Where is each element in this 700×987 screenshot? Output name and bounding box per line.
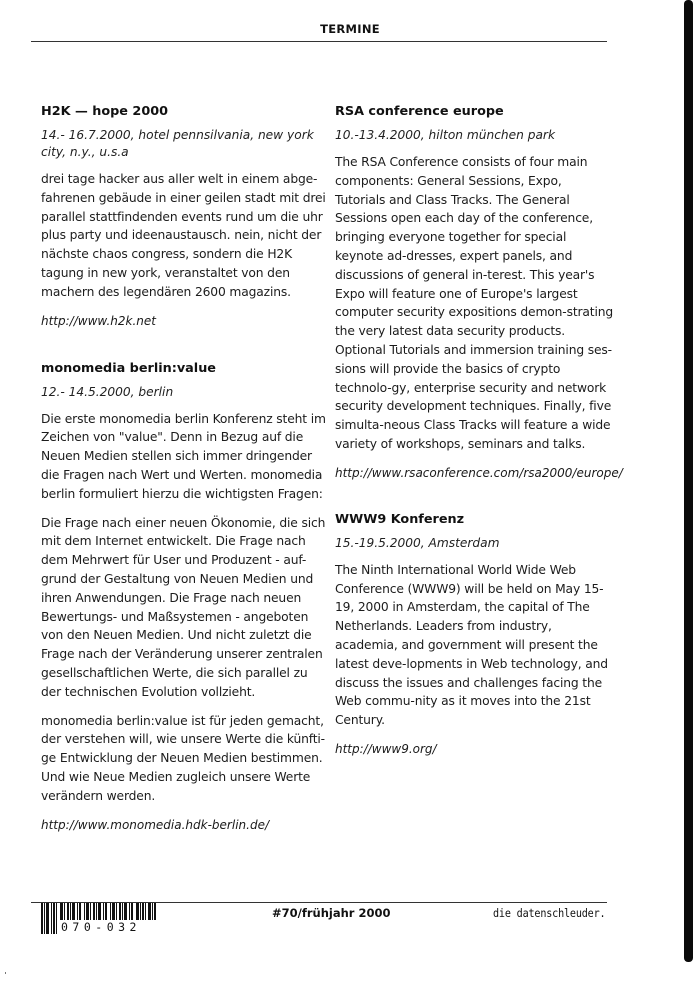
- barcode-number: 070-032: [58, 920, 173, 934]
- article-date: 15.-19.5.2000, Amsterdam: [335, 535, 615, 552]
- scan-edge-bar: [684, 0, 693, 962]
- article-body: The Ninth International World Wide Web C…: [335, 561, 615, 730]
- header-rule: [31, 41, 607, 42]
- article-link[interactable]: http://www.rsaconference.com/rsa2000/eur…: [335, 464, 615, 482]
- article-body: The RSA Conference consists of four main…: [335, 153, 615, 454]
- article-body: Die erste monomedia berlin Konferenz ste…: [41, 410, 326, 806]
- article-title: WWW9 Konferenz: [335, 511, 615, 529]
- section-title: TERMINE: [0, 22, 700, 36]
- left-column: H2K — hope 2000 14.- 16.7.2000, hotel pe…: [41, 103, 326, 860]
- publication-name: die datenschleuder.: [493, 906, 605, 920]
- article-paragraph: Die erste monomedia berlin Konferenz ste…: [41, 410, 326, 504]
- article-www9: WWW9 Konferenz 15.-19.5.2000, Amsterdam …: [335, 511, 615, 758]
- article-paragraph: drei tage hacker aus aller welt in einem…: [41, 170, 326, 302]
- article-rsa: RSA conference europe 10.-13.4.2000, hil…: [335, 103, 615, 482]
- article-date: 10.-13.4.2000, hilton münchen park: [335, 127, 615, 144]
- article-title: RSA conference europe: [335, 103, 615, 121]
- article-title: monomedia berlin:value: [41, 360, 326, 378]
- right-column: RSA conference europe 10.-13.4.2000, hil…: [335, 103, 615, 784]
- article-paragraph: The RSA Conference consists of four main…: [335, 153, 615, 454]
- scan-artifact: [5, 972, 6, 974]
- article-date: 14.- 16.7.2000, hotel pennsilvania, new …: [41, 127, 326, 161]
- article-paragraph: Die Frage nach einer neuen Ökonomie, die…: [41, 514, 326, 702]
- article-body: drei tage hacker aus aller welt in einem…: [41, 170, 326, 302]
- article-title: H2K — hope 2000: [41, 103, 326, 121]
- issue-label: #70/frühjahr 2000: [272, 906, 390, 920]
- article-link[interactable]: http://www.h2k.net: [41, 312, 326, 330]
- article-date: 12.- 14.5.2000, berlin: [41, 384, 326, 401]
- article-paragraph: monomedia berlin:value ist für jeden gem…: [41, 712, 326, 806]
- article-h2k: H2K — hope 2000 14.- 16.7.2000, hotel pe…: [41, 103, 326, 330]
- article-paragraph: The Ninth International World Wide Web C…: [335, 561, 615, 730]
- article-monomedia: monomedia berlin:value 12.- 14.5.2000, b…: [41, 360, 326, 834]
- article-link[interactable]: http://www9.org/: [335, 740, 615, 758]
- article-link[interactable]: http://www.monomedia.hdk-berlin.de/: [41, 816, 326, 834]
